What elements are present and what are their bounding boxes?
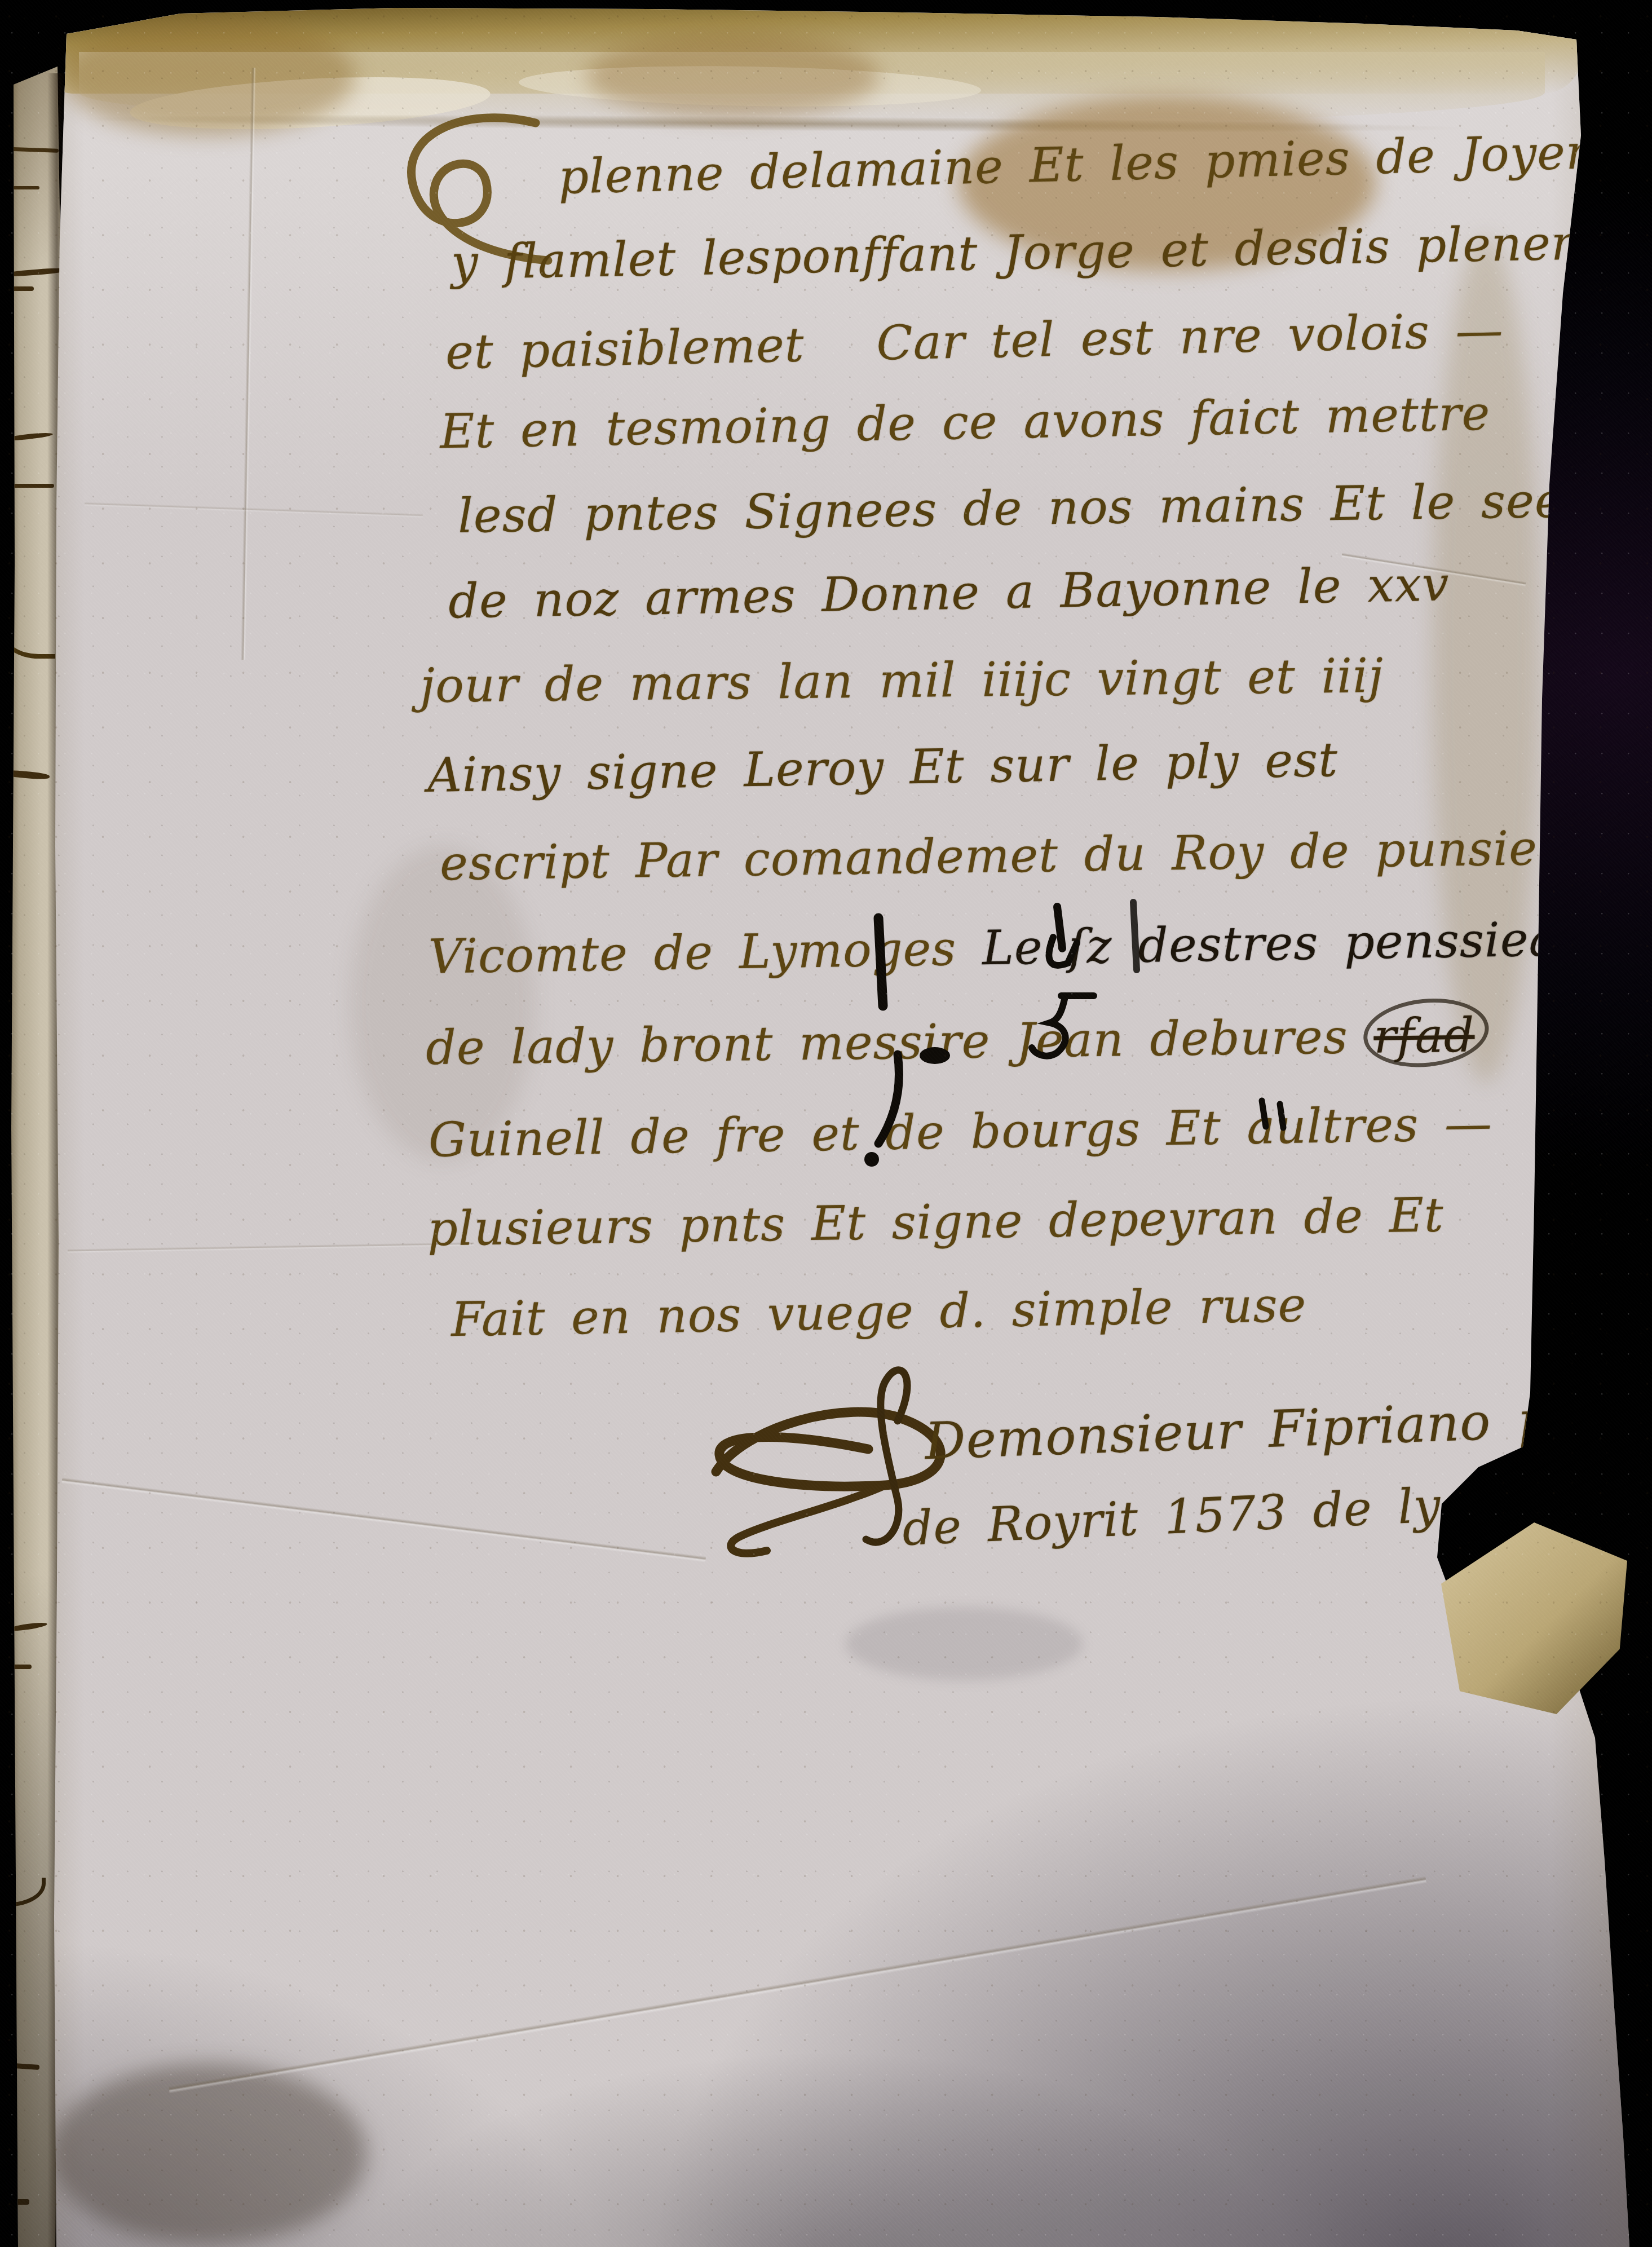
line-text: Ainsy signe Leroy Et sur le ply est — [427, 732, 1338, 803]
ink-fragment — [0, 1878, 46, 1906]
crease — [68, 1242, 474, 1253]
ink-fragment — [0, 186, 39, 189]
manuscript-photo: plenne delamaine Et les pmies de Joyere … — [0, 0, 1652, 2247]
manuscript-page: plenne delamaine Et les pmies de Joyere … — [0, 0, 1652, 2247]
crease — [169, 1876, 1426, 2094]
signature-text: Demonsieur Fipriano pez franc — [924, 1383, 1652, 1471]
ink-fragment — [2, 769, 50, 780]
black-ink-annotation-marks — [818, 885, 1325, 1212]
handwritten-line: lesd pntes Signees de nos mains Et le se… — [457, 473, 1579, 544]
ink-fragment — [0, 2199, 29, 2205]
handwritten-line: escript Par comandemet du Roy de punsieu… — [439, 820, 1592, 891]
struck-word: rfad — [1373, 1008, 1475, 1064]
signature-line: Demonsieur Fipriano pez franc — [924, 1383, 1652, 1471]
handwritten-line: et paisiblemet Car tel est nre volois — — [445, 302, 1504, 379]
handwritten-line: Et en tesmoing de ce avons faict mettre — [439, 386, 1491, 460]
crease — [85, 502, 423, 518]
crease — [241, 68, 256, 660]
ink-fragment — [0, 484, 54, 488]
line-text: Et en tesmoing de ce avons faict mettre — [439, 386, 1491, 460]
line-text: escript Par comandemet du Roy de punsieu… — [439, 820, 1592, 891]
ink-fragment — [0, 1665, 32, 1669]
handwritten-line: de noz armes Donne a Bayonne le xxv — [448, 557, 1450, 629]
ink-fragment — [3, 431, 53, 442]
line-text: jour de mars lan mil iiijc vingt et iiij — [420, 648, 1384, 713]
line-text: Fait en nos vuege d. simple ruse — [450, 1277, 1307, 1347]
handwritten-line: Fait en nos vuege d. simple ruse — [450, 1277, 1307, 1347]
stain — [586, 34, 880, 118]
line-text: lesd pntes Signees de nos mains Et le se… — [457, 473, 1579, 544]
ink-fragment — [0, 286, 34, 291]
line-text: de noz armes Donne a Bayonne le xxv — [448, 557, 1450, 629]
stain — [62, 17, 355, 135]
stain — [51, 2064, 366, 2244]
ink-fragment — [6, 2063, 39, 2070]
ink-fragment — [8, 1621, 48, 1632]
stain — [846, 1607, 1083, 1680]
line-text: et paisiblemet Car tel est nre volois — — [445, 302, 1504, 379]
handwritten-line: Ainsy signe Leroy Et sur le ply est — [427, 732, 1338, 803]
crease — [61, 1477, 706, 1562]
torn-edge-flap — [1441, 1522, 1627, 1714]
handwritten-line: jour de mars lan mil iiijc vingt et iiij — [420, 648, 1384, 713]
